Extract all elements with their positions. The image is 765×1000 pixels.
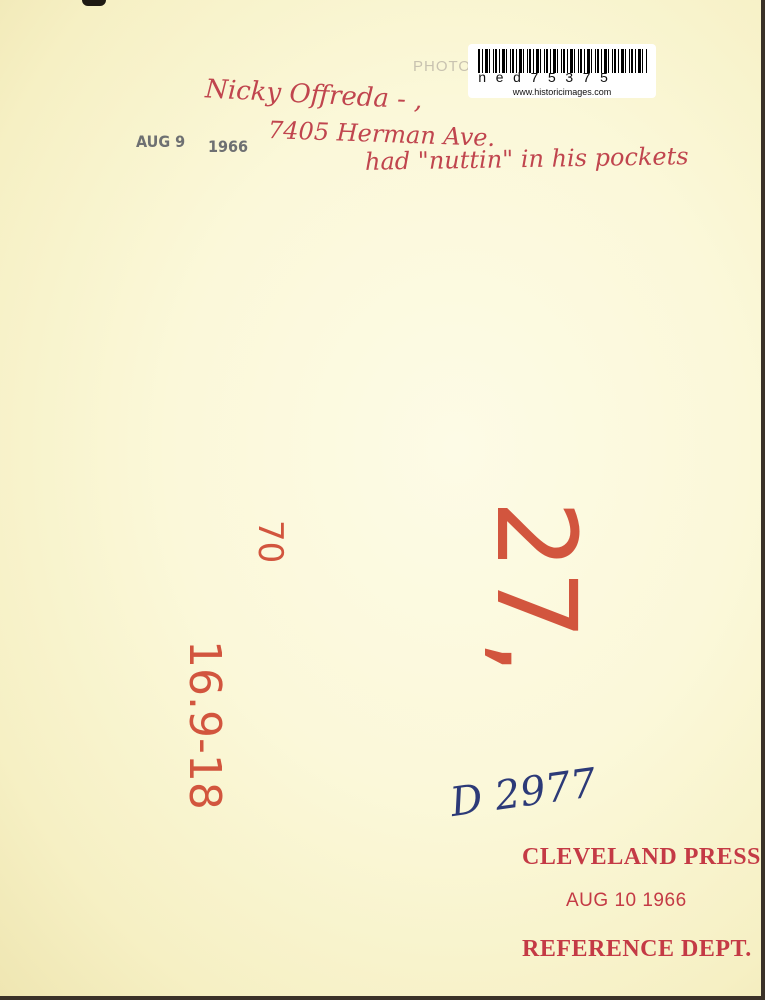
barcode-url: www.historicimages.com xyxy=(468,87,656,97)
crayon-large-number: 27, xyxy=(472,500,600,675)
barcode-code: ned75375 xyxy=(478,72,648,86)
archive-stamp-dept: REFERENCE DEPT. xyxy=(522,936,752,963)
photo-back-paper: PHOTO ned75375 www.historicimages.com AU… xyxy=(0,0,765,1000)
crayon-small-number: 70 xyxy=(250,520,290,563)
handwritten-note: had "nuttin" in his pockets xyxy=(365,142,689,176)
handwritten-name: Nicky Offreda - , xyxy=(204,74,423,115)
clip-notch xyxy=(82,0,106,6)
archive-stamp-date: AUG 10 1966 xyxy=(566,890,687,912)
faint-photo-stamp: PHOTO xyxy=(413,58,471,75)
barcode-icon xyxy=(478,49,648,73)
received-stamp-year: 1966 xyxy=(208,137,248,156)
blue-ink-catalog-number: D 2977 xyxy=(448,760,600,826)
barcode-label: ned75375 www.historicimages.com xyxy=(468,44,656,98)
received-stamp-date: AUG 9 xyxy=(136,132,185,151)
crayon-measure: 16.9-18 xyxy=(179,640,230,810)
archive-stamp-title: CLEVELAND PRESS xyxy=(522,844,761,871)
